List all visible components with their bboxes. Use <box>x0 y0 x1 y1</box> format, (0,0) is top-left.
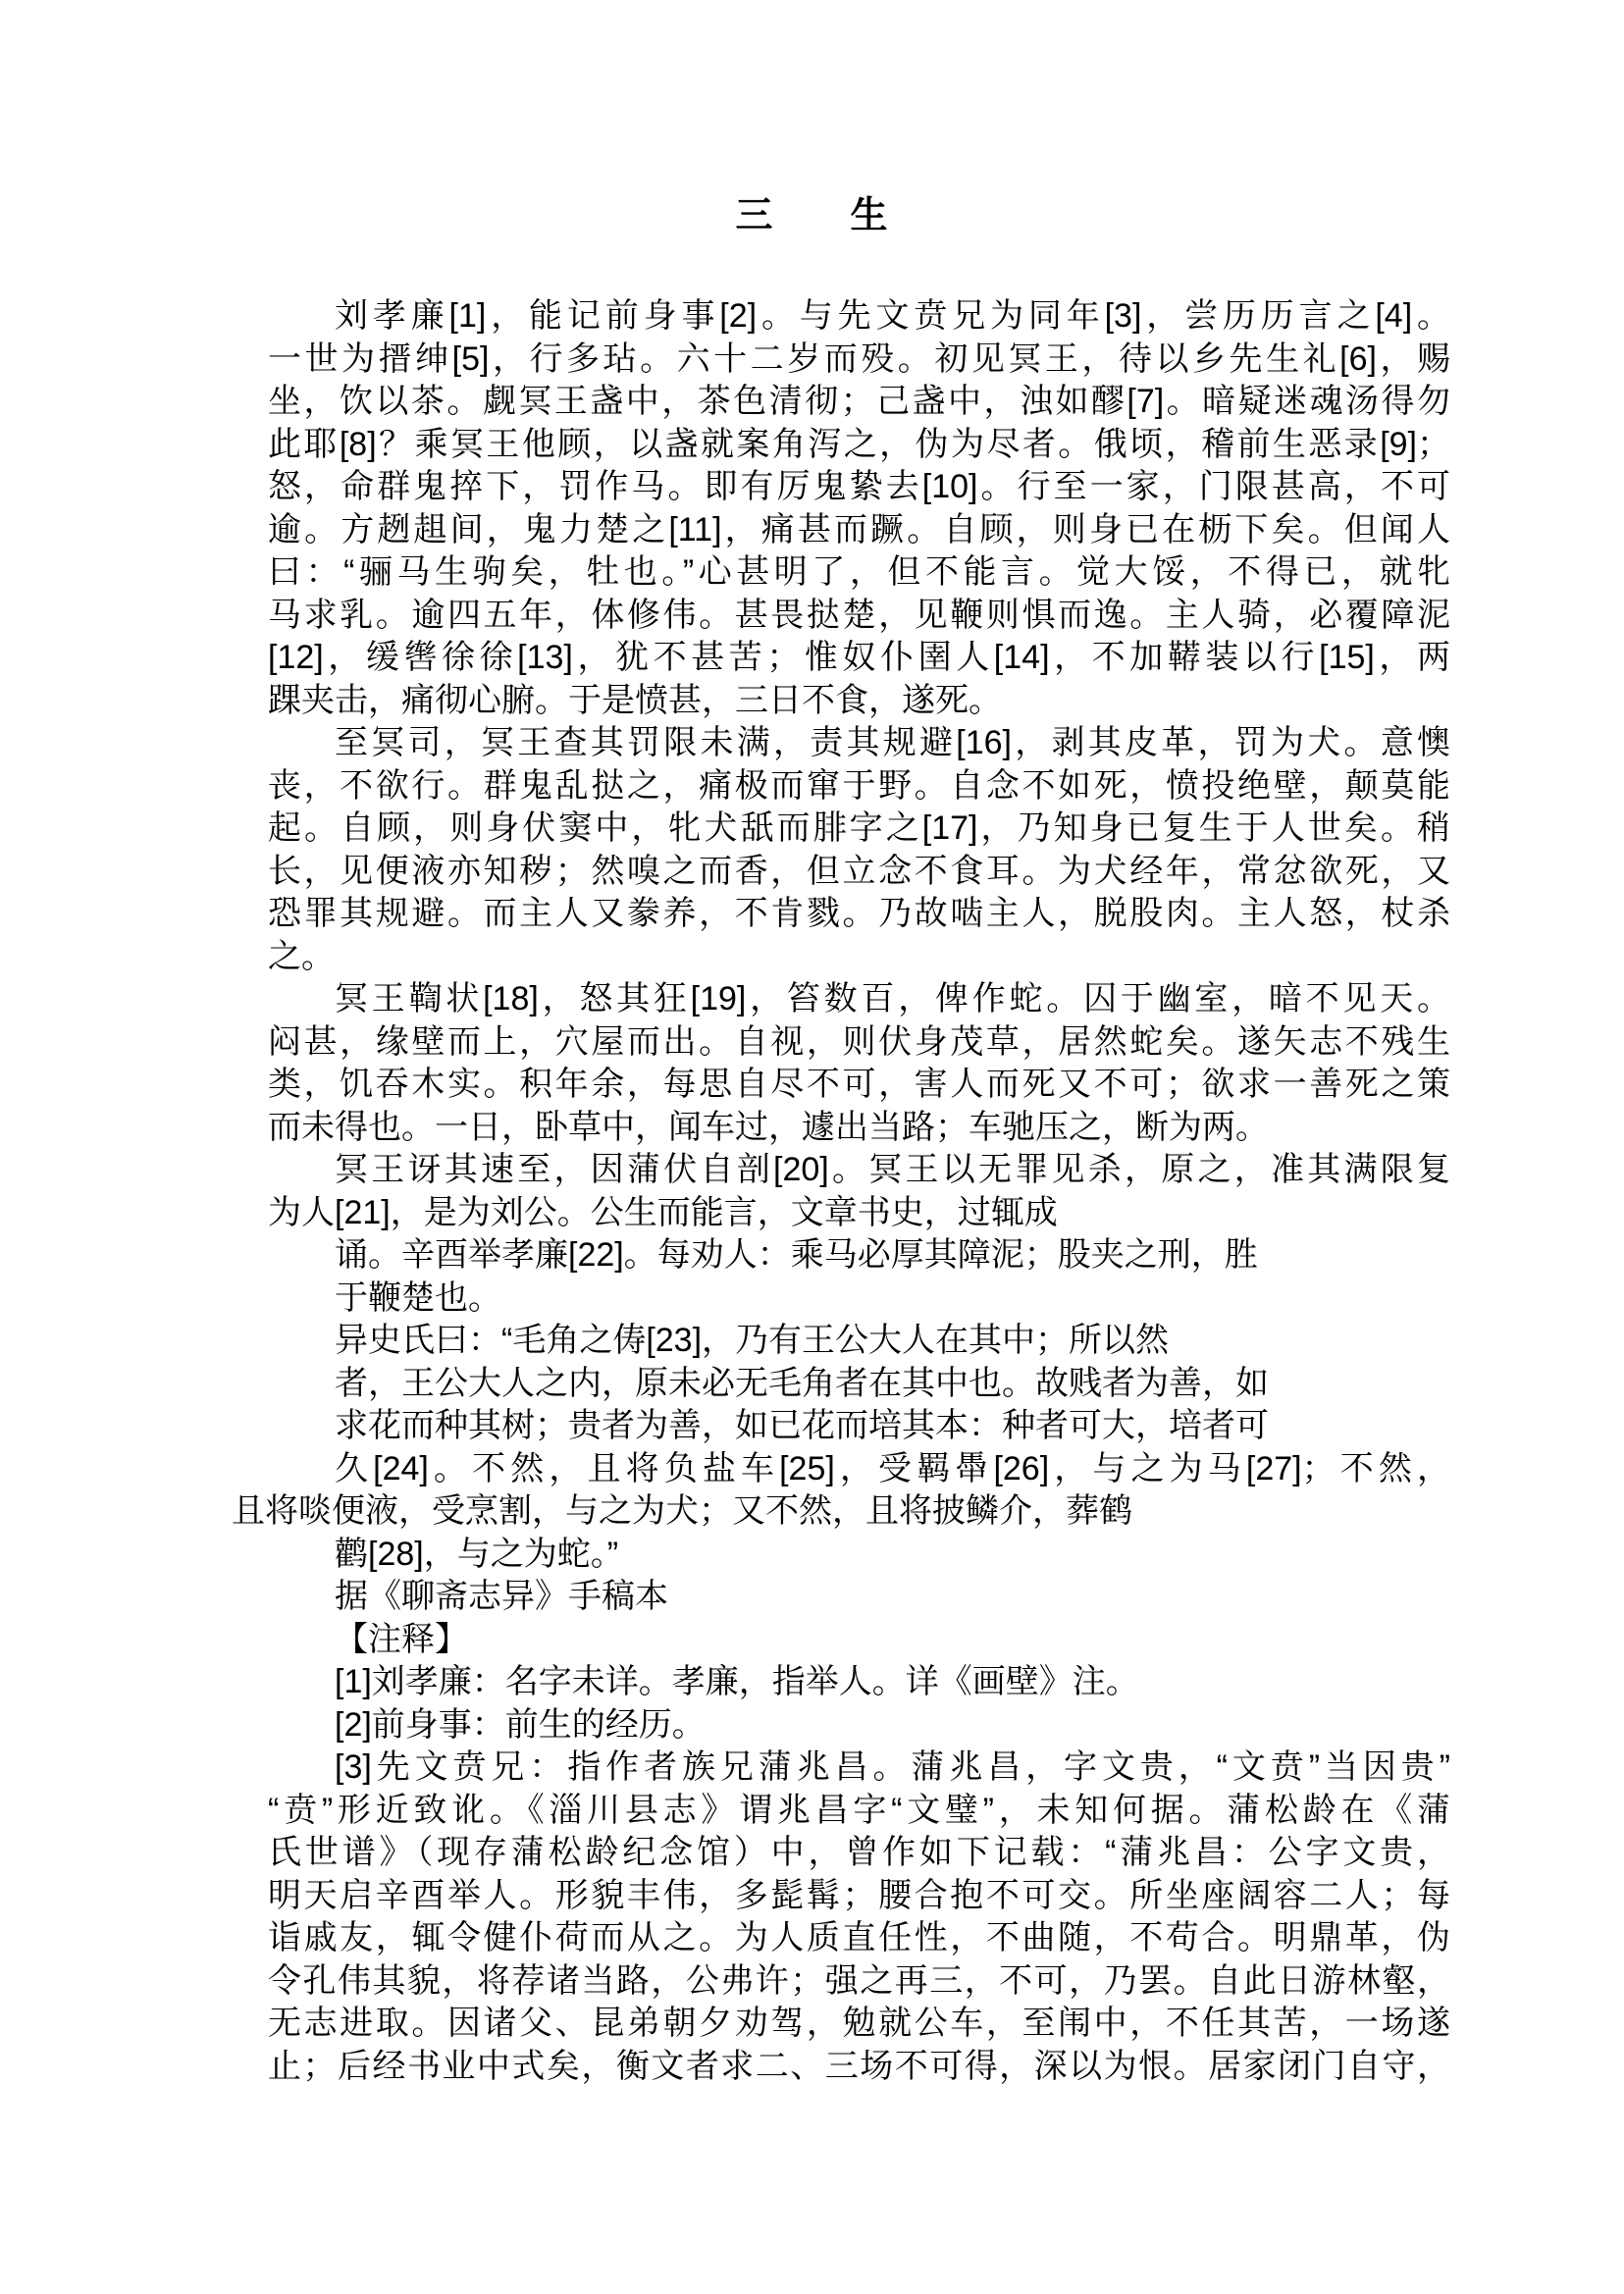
text-line: 且将啖便液，受烹割，与之为犬；又不然，且将披鳞介，葬鹤 <box>232 1490 1450 1534</box>
text-line: 求花而种其树；贵者为善，如已花而培其本：种者可大，培者可 <box>268 1405 1450 1448</box>
text-line: 冥王讶其速至，因蒲伏自剖[20]。冥王以无罪见杀，原之，准其满限复 <box>268 1149 1450 1192</box>
text-line: 坐，饮以茶。觑冥王盏中，茶色清彻；己盏中，浊如醪[7]。暗疑迷魂汤得勿 <box>268 381 1450 424</box>
text-line: 逾。方趔趄间，鬼力楚之[11]，痛甚而蹶。自顾，则身已在枥下矣。但闻人 <box>268 509 1450 552</box>
text-line: 之。 <box>268 936 1450 979</box>
text-line: 起。自顾，则身伏窦中，牝犬舐而腓字之[17]，乃知身已复生于人世矣。稍 <box>268 808 1450 851</box>
text-line: 一世为搢绅[5]，行多玷。六十二岁而殁。初见冥王，待以乡先生礼[6]，赐 <box>268 339 1450 382</box>
text-line: [12]，缓辔徐徐[13]，犹不甚苦；惟奴仆圉人[14]，不加鞯装以行[15]，… <box>268 637 1450 680</box>
text-line: 令孔伟其貌，将荐诸当路，公弗许；强之再三，不可，乃罢。自此日游林壑， <box>268 1960 1450 2004</box>
text-line: 闷甚，缘壁而上，穴屋而出。自视，则伏身茂草，居然蛇矣。遂矢志不残生 <box>268 1021 1450 1065</box>
text-line: 诣戚友，辄令健仆荷而从之。为人质直任性，不曲随，不苟合。明鼎革，伪 <box>268 1917 1450 1960</box>
text-line: 氏世谱》（现存蒲松龄纪念馆）中，曾作如下记载：“蒲兆昌：公字文贵， <box>268 1832 1450 1875</box>
text-line: 而未得也。一日，卧草中，闻车过，遽出当路；车驰压之，断为两。 <box>268 1107 1450 1150</box>
text-line: 恐罪其规避。而主人又豢养，不肯戮。乃故啮主人，脱股肉。主人怒，杖杀 <box>268 893 1450 936</box>
text-line: 为人[21]，是为刘公。公生而能言，文章书史，过辄成 <box>268 1192 1450 1235</box>
text-line: 类，饥吞木实。积年余，每思自尽不可，害人而死又不可；欲求一善死之策 <box>268 1064 1450 1107</box>
text-line: 止；后经书业中式矣，衡文者求二、三场不可得，深以为恨。居家闭门自守， <box>268 2046 1450 2089</box>
text-line: 踝夹击，痛彻心腑。于是愤甚，三日不食，遂死。 <box>268 680 1450 723</box>
text-line: 无志进取。因诸父、昆弟朝夕劝驾，勉就公车，至闱中，不任其苦，一场遂 <box>268 2003 1450 2046</box>
text-line: 冥王鞫状[18]，怒其狂[19]，笞数百，俾作蛇。囚于幽室，暗不见天。 <box>268 978 1450 1021</box>
text-line: 异史氏曰：“毛角之俦[23]，乃有王公大人在其中；所以然 <box>268 1320 1450 1363</box>
text-line: 至冥司，冥王查其罚限未满，责其规避[16]，剥其皮革，罚为犬。意懊 <box>268 722 1450 765</box>
text-line: 鹳[28]，与之为蛇。” <box>268 1534 1450 1577</box>
page-title: 三 生 <box>0 194 1624 237</box>
text-line: [3]先文贲兄：指作者族兄蒲兆昌。蒲兆昌，字文贵，“文贲”当因贵” <box>268 1747 1450 1790</box>
text-line: 【注释】 <box>268 1619 1450 1662</box>
text-line: 长，见便液亦知秽；然嗅之而香，但立念不食耳。为犬经年，常忿欲死，又 <box>268 851 1450 894</box>
text-line: “贲”形近致讹。《淄川县志》谓兆昌字“文璧”，未知何据。蒲松龄在《蒲 <box>268 1790 1450 1833</box>
text-line: 马求乳。逾四五年，体修伟。甚畏挞楚，见鞭则惧而逸。主人骑，必覆障泥 <box>268 595 1450 638</box>
text-line: 怒，命群鬼捽下，罚作马。即有厉鬼絷去[10]。行至一家，门限甚高，不可 <box>268 466 1450 509</box>
text-line: 曰：“骊马生驹矣，牡也。”心甚明了，但不能言。觉大馁，不得已，就牝 <box>268 551 1450 595</box>
text-line: 丧，不欲行。群鬼乱挞之，痛极而窜于野。自念不如死，愤投绝壁，颠莫能 <box>268 765 1450 808</box>
text-line: 久[24]。不然，且将负盐车[25]，受羁馽[26]，与之为马[27]；不然， <box>268 1448 1450 1491</box>
text-line: [1]刘孝廉：名字未详。孝廉，指举人。详《画壁》注。 <box>268 1661 1450 1704</box>
text-line: [2]前身事：前生的经历。 <box>268 1704 1450 1747</box>
text-line: 明天启辛酉举人。形貌丰伟，多髭髯；腰合抱不可交。所坐座阔容二人；每 <box>268 1875 1450 1918</box>
text-line: 于鞭楚也。 <box>268 1277 1450 1321</box>
text-line: 据《聊斋志异》手稿本 <box>268 1576 1450 1619</box>
text-line: 此耶[8]？乘冥王他顾，以盏就案角泻之，伪为尽者。俄顷，稽前生恶录[9]； <box>268 424 1450 467</box>
text-line: 刘孝廉[1]，能记前身事[2]。与先文贲兄为同年[3]，尝历历言之[4]。 <box>268 295 1450 339</box>
text-line: 诵。辛酉举孝廉[22]。每劝人：乘马必厚其障泥；股夹之刑，胜 <box>268 1234 1450 1277</box>
text-line: 者，王公大人之内，原未必无毛角者在其中也。故贱者为善，如 <box>268 1363 1450 1406</box>
body-text: 刘孝廉[1]，能记前身事[2]。与先文贲兄为同年[3]，尝历历言之[4]。一世为… <box>268 295 1450 2088</box>
